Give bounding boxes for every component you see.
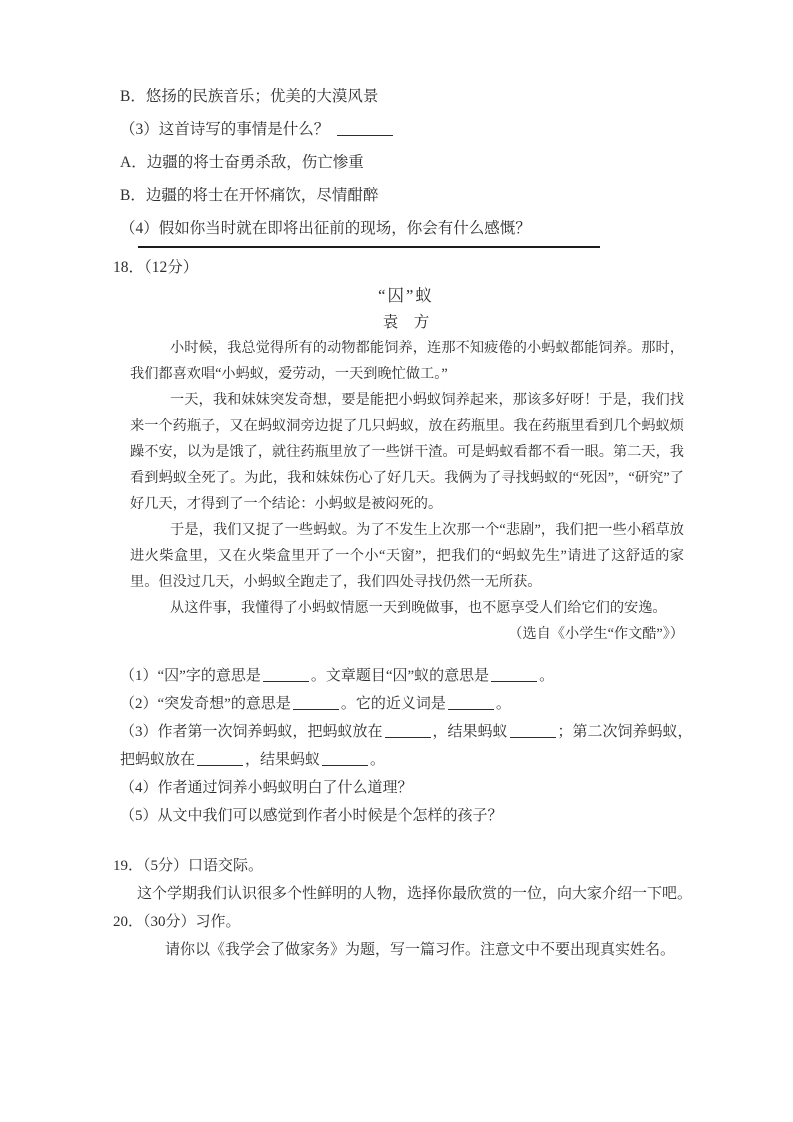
answer-blank (322, 750, 368, 766)
answer-blank (293, 694, 339, 710)
answer-blank (491, 666, 537, 682)
answer-line (138, 246, 600, 248)
passage-paragraph-2: 一天，我和妹妹突发奇想，要是能把小蚂蚁饲养起来，那该多好呀！于是，我们找来一个药… (130, 387, 684, 517)
answer-blank (337, 120, 393, 136)
answer-blank (510, 722, 556, 738)
reading-passage: 小时候，我总觉得所有的动物都能饲养，连那不知疲倦的小蚂蚁都能饲养。那时，我们都喜… (130, 335, 684, 647)
questions-19-20-section: 19．（5分）口语交际。 这个学期我们认识很多个性鲜明的人物，选择你最欣赏的一位… (113, 852, 733, 964)
q17-sub-question-4: （4）假如你当时就在即将出征前的现场，你会有什么感慨？ (120, 212, 733, 245)
passage-paragraph-4: 从这件事，我懂得了小蚂蚁情愿一天到晚做事，也不愿享受人们给它们的安逸。 (130, 595, 684, 621)
q17-option-a-battle: A．边疆的将士奋勇杀敌，伤亡惨重 (120, 146, 733, 179)
question-18-heading: 18．（12分） (113, 258, 198, 278)
q18-sub-question-1: （1）“囚”字的意思是。文章题目“囚”蚁的意思是。 (120, 662, 693, 690)
answer-blank (197, 750, 243, 766)
answer-blank (448, 694, 494, 710)
q17-option-b-music: B．悠扬的民族音乐；优美的大漠风景 (120, 80, 733, 113)
q18-sub-question-2: （2）“突发奇想”的意思是。它的近义词是。 (120, 690, 693, 718)
passage-title: “囚”蚁 (130, 284, 682, 308)
question-20-heading: 20．（30分）习作。 (113, 908, 733, 936)
answer-blank (263, 666, 309, 682)
q17-option-b-drink: B．边疆的将士在开怀痛饮，尽情酣醉 (120, 179, 733, 212)
q17-sub-question-3: （3）这首诗写的事情是什么？ (120, 113, 733, 146)
passage-author: 袁 方 (130, 311, 682, 335)
q18-sub-question-3-line1: （3）作者第一次饲养蚂蚁，把蚂蚁放在，结果蚂蚁；第二次饲养蚂蚁， (120, 718, 693, 746)
passage-paragraph-3: 于是，我们又捉了一些蚂蚁。为了不发生上次那一个“悲剧”，我们把一些小稻草放进火柴… (130, 517, 684, 595)
q18-sub-question-3-line2: 把蚂蚁放在，结果蚂蚁。 (120, 746, 693, 774)
question-19-body: 这个学期我们认识很多个性鲜明的人物，选择你最欣赏的一位，向大家介绍一下吧。 (137, 880, 733, 908)
answer-blank (385, 722, 431, 738)
q18-sub-question-4: （4）作者通过饲养小蚂蚁明白了什么道理？ (120, 774, 693, 802)
question-18-sub-questions: （1）“囚”字的意思是。文章题目“囚”蚁的意思是。 （2）“突发奇想”的意思是。… (120, 662, 693, 830)
question-19-heading: 19．（5分）口语交际。 (113, 852, 733, 880)
q18-sub-question-5: （5）从文中我们可以感觉到作者小时候是个怎样的孩子？ (120, 802, 693, 830)
passage-citation: （选自《小学生“作文酷”》） (130, 621, 684, 647)
passage-paragraph-1: 小时候，我总觉得所有的动物都能饲养，连那不知疲倦的小蚂蚁都能饲养。那时，我们都喜… (130, 335, 684, 387)
question-20-body: 请你以《我学会了做家务》为题，写一篇习作。注意文中不要出现真实姓名。 (165, 936, 733, 964)
exam-paper-page: B．悠扬的民族音乐；优美的大漠风景 （3）这首诗写的事情是什么？ A．边疆的将士… (0, 0, 793, 1122)
question-17-section: B．悠扬的民族音乐；优美的大漠风景 （3）这首诗写的事情是什么？ A．边疆的将士… (120, 80, 733, 245)
